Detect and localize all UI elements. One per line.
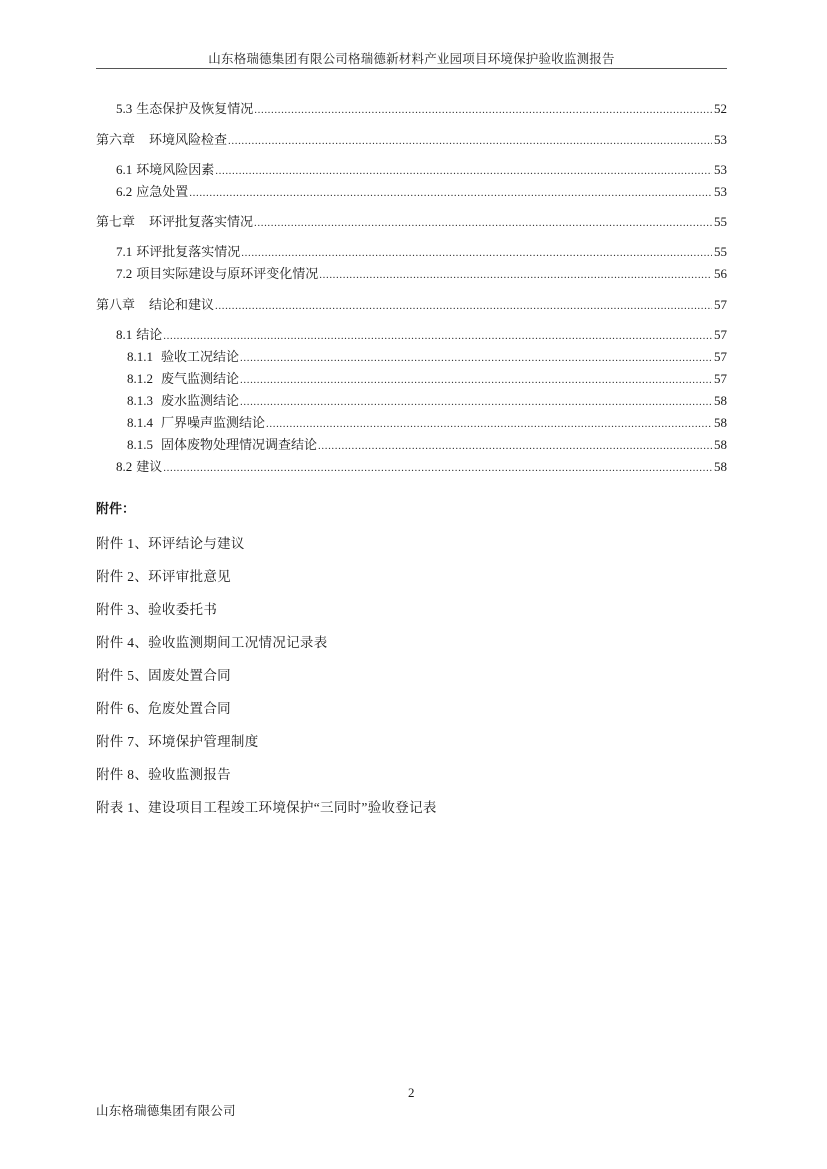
toc-number: 8.1.4 [127, 415, 153, 430]
toc-number: 第六章 [96, 132, 135, 147]
toc-page-number: 57 [712, 348, 727, 366]
toc-title: 验收工况结论 [161, 349, 239, 364]
toc-number: 8.2 [116, 459, 132, 474]
attachment-item-3: 附件 3、验收委托书 [96, 598, 217, 618]
toc-leader-dots [240, 393, 712, 411]
toc-page-number: 57 [712, 326, 727, 344]
page-number: 2 [408, 1085, 415, 1101]
toc-number: 8.1.1 [127, 349, 153, 364]
attachment-item-1: 附件 1、环评结论与建议 [96, 532, 245, 552]
toc-title: 建议 [136, 459, 162, 474]
toc-page-number: 58 [712, 392, 727, 410]
toc-entry-8-1-4[interactable]: 8.1.4厂界噪声监测结论 58 [96, 414, 727, 432]
toc-number: 第八章 [96, 297, 135, 312]
page-header-title: 山东格瑞德集团有限公司格瑞德新材料产业园项目环境保护验收监测报告 [96, 49, 727, 67]
toc-leader-dots [240, 371, 712, 389]
attachment-item-2: 附件 2、环评审批意见 [96, 565, 231, 585]
toc-leader-dots [241, 244, 712, 262]
toc-number: 6.1 [116, 162, 132, 177]
toc-number: 5.3 [116, 101, 132, 116]
toc-title: 结论和建议 [149, 297, 214, 312]
toc-number: 8.1 [116, 327, 132, 342]
attachments-heading: 附件： [96, 498, 135, 517]
toc-page-number: 53 [712, 161, 727, 179]
toc-leader-dots [189, 184, 712, 202]
toc-title: 应急处置 [136, 184, 188, 199]
toc-entry-chapter-8[interactable]: 第八章结论和建议 57 [96, 296, 727, 314]
header-divider [96, 68, 727, 69]
toc-number: 第七章 [96, 214, 135, 229]
toc-number: 8.1.2 [127, 371, 153, 386]
toc-entry-8-1-2[interactable]: 8.1.2废气监测结论 57 [96, 370, 727, 388]
attachment-item-6: 附件 6、危废处置合同 [96, 697, 231, 717]
attachment-item-8: 附件 8、验收监测报告 [96, 763, 231, 783]
toc-entry-8-1-1[interactable]: 8.1.1验收工况结论 57 [96, 348, 727, 366]
toc-entry-8-1[interactable]: 8.1结论 57 [96, 326, 727, 344]
toc-title: 废水监测结论 [161, 393, 239, 408]
toc-title: 环评批复落实情况 [149, 214, 253, 229]
toc-entry-8-1-5[interactable]: 8.1.5固体废物处理情况调查结论 58 [96, 436, 727, 454]
toc-leader-dots [215, 297, 712, 315]
toc-leader-dots [318, 437, 712, 455]
attachment-item-5: 附件 5、固废处置合同 [96, 664, 231, 684]
toc-leader-dots [228, 132, 712, 150]
toc-entry-8-2[interactable]: 8.2建议 58 [96, 458, 727, 476]
toc-page-number: 58 [712, 414, 727, 432]
toc-leader-dots [319, 266, 712, 284]
toc-page-number: 57 [712, 296, 727, 314]
toc-leader-dots [254, 214, 712, 232]
toc-title: 结论 [136, 327, 162, 342]
toc-page-number: 53 [712, 183, 727, 201]
toc-entry-8-1-3[interactable]: 8.1.3废水监测结论 58 [96, 392, 727, 410]
toc-title: 项目实际建设与原环评变化情况 [136, 266, 318, 281]
toc-leader-dots [254, 101, 712, 119]
toc-leader-dots [163, 327, 712, 345]
toc-page-number: 53 [712, 131, 727, 149]
toc-page-number: 56 [712, 265, 727, 283]
attached-table-1: 附表 1、建设项目工程竣工环境保护“三同时”验收登记表 [96, 796, 437, 816]
toc-leader-dots [266, 415, 712, 433]
toc-number: 7.1 [116, 244, 132, 259]
toc-number: 6.2 [116, 184, 132, 199]
toc-title: 固体废物处理情况调查结论 [161, 437, 317, 452]
toc-title: 环境风险因素 [136, 162, 214, 177]
toc-entry-chapter-6[interactable]: 第六章环境风险检查 53 [96, 131, 727, 149]
toc-page-number: 58 [712, 458, 727, 476]
toc-page-number: 55 [712, 243, 727, 261]
toc-page-number: 58 [712, 436, 727, 454]
toc-entry-7-2[interactable]: 7.2项目实际建设与原环评变化情况 56 [96, 265, 727, 283]
toc-title: 环境风险检查 [149, 132, 227, 147]
toc-entry-5-3[interactable]: 5.3生态保护及恢复情况 52 [96, 100, 727, 118]
toc-leader-dots [240, 349, 712, 367]
toc-number: 7.2 [116, 266, 132, 281]
toc-entry-6-2[interactable]: 6.2应急处置 53 [96, 183, 727, 201]
toc-title: 厂界噪声监测结论 [161, 415, 265, 430]
toc-page-number: 57 [712, 370, 727, 388]
toc-title: 生态保护及恢复情况 [136, 101, 253, 116]
footer-company: 山东格瑞德集团有限公司 [96, 1101, 236, 1119]
toc-leader-dots [215, 162, 712, 180]
toc-leader-dots [163, 459, 712, 477]
toc-title: 废气监测结论 [161, 371, 239, 386]
toc-entry-chapter-7[interactable]: 第七章环评批复落实情况 55 [96, 213, 727, 231]
toc-number: 8.1.3 [127, 393, 153, 408]
toc-page-number: 52 [712, 100, 727, 118]
toc-number: 8.1.5 [127, 437, 153, 452]
toc-entry-7-1[interactable]: 7.1环评批复落实情况 55 [96, 243, 727, 261]
toc-page-number: 55 [712, 213, 727, 231]
toc-title: 环评批复落实情况 [136, 244, 240, 259]
toc-entry-6-1[interactable]: 6.1环境风险因素 53 [96, 161, 727, 179]
attachment-item-4: 附件 4、验收监测期间工况情况记录表 [96, 631, 328, 651]
attachment-item-7: 附件 7、环境保护管理制度 [96, 730, 259, 750]
